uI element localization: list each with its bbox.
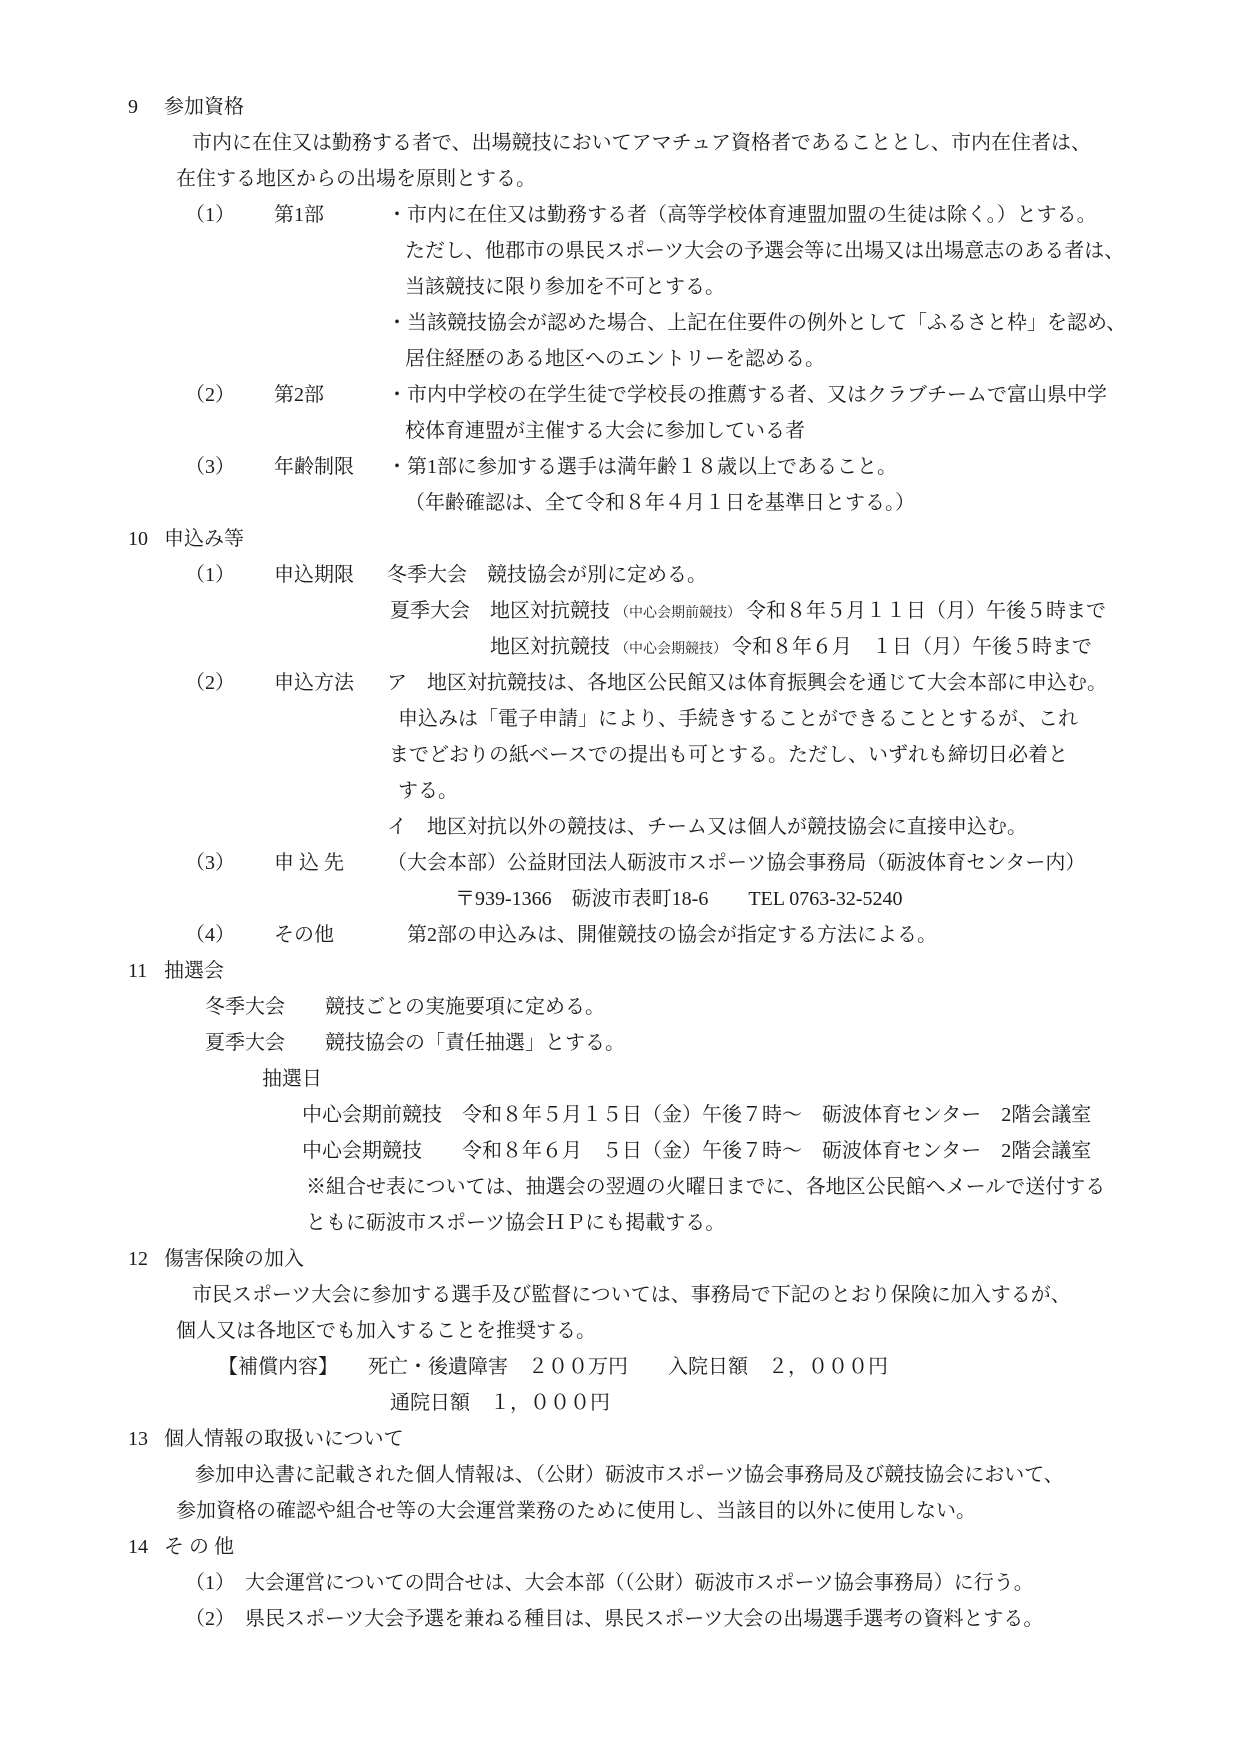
s10-item-3-address: 〒939-1366 砺波市表町18-6 TEL 0763-32-5240 (0, 881, 1241, 917)
s10-summer-post: 令和８年５月１１日（月）午後５時まで (746, 600, 1106, 622)
section-13-title: 個人情報の取扱いについて (164, 1428, 404, 1450)
s10-chuki-pre: 地区対抗競技 (490, 636, 610, 658)
s9-item-3: （3）年齢制限・第1部に参加する選手は満年齢１８歳以上であること。 (0, 449, 1241, 485)
s10-item-2-cont-2: までどおりの紙ベースでの提出も可とする。ただし、いずれも締切日必着と (0, 737, 1241, 773)
s14-item-1: （1）大会運営についての問合せは、大会本部（（公財）砺波市スポーツ協会事務局）に… (0, 1565, 1241, 1601)
s10-item-2-paren: （2） (185, 665, 274, 701)
s11-pre-event-line: 中心会期前競技 令和８年５月１５日（金）午後７時～ 砺波体育センター 2階会議室 (0, 1097, 1241, 1133)
section-13-heading: 13個人情報の取扱いについて (0, 1421, 1241, 1457)
s10-chuki-post: 令和８年６月 １日（月）午後５時まで (732, 636, 1092, 658)
s10-item-3-body: （大会本部）公益財団法人砺波市スポーツ協会事務局（砺波体育センター内） (387, 852, 1085, 874)
section-11-number: 11 (128, 953, 164, 989)
s10-item-2-body: ア 地区対抗競技は、各地区公民館又は体育振興会を通じて大会本部に申込む。 (387, 672, 1107, 694)
s12-coverage-line-1: 【補償内容】 死亡・後遺障害 ２００万円 入院日額 ２，０００円 (0, 1349, 1241, 1385)
s9-item-2-body: ・市内中学校の在学生徒で学校長の推薦する者、又はクラブチームで富山県中学 (387, 384, 1107, 406)
section-10-number: 10 (128, 521, 164, 557)
s9-item-1-bullet-2-cont: 居住経歴のある地区へのエントリーを認める。 (0, 341, 1241, 377)
s10-item-3-label: 申 込 先 (274, 845, 387, 881)
s9-item-3-label: 年齢制限 (274, 449, 387, 485)
s9-item-3-cont-1: （年齢確認は、全て令和８年４月１日を基準日とする。） (0, 485, 1241, 521)
s9-item-1-label: 第1部 (274, 197, 387, 233)
s13-paragraph-line-1: 参加申込書に記載された個人情報は、（公財）砺波市スポーツ協会事務局及び競技協会に… (0, 1457, 1241, 1493)
s14-item-1-body: 大会運営についての問合せは、大会本部（（公財）砺波市スポーツ協会事務局）に行う。 (245, 1572, 1034, 1594)
s9-item-1-cont-2: 当該競技に限り参加を不可とする。 (0, 269, 1241, 305)
document-content: 9参加資格 市内に在住又は勤務する者で、出場競技においてアマチュア資格者であるこ… (0, 89, 1241, 1637)
s14-item-2-paren: （2） (185, 1601, 245, 1637)
s10-summer-small-note: （中心会期前競技） (615, 606, 741, 621)
s10-item-1: （1）申込期限冬季大会 競技協会が別に定める。 (0, 557, 1241, 593)
s13-paragraph-line-2: 参加資格の確認や組合せ等の大会運営業務のために使用し、当該目的以外に使用しない。 (0, 1493, 1241, 1529)
s14-item-1-paren: （1） (185, 1565, 245, 1601)
s12-coverage-line-2: 通院日額 １，０００円 (0, 1385, 1241, 1421)
s9-item-2: （2）第2部・市内中学校の在学生徒で学校長の推薦する者、又はクラブチームで富山県… (0, 377, 1241, 413)
s10-item-1-body: 冬季大会 競技協会が別に定める。 (387, 564, 707, 586)
s11-note-line-2: ともに砺波市スポーツ協会ＨＰにも掲載する。 (0, 1205, 1241, 1241)
section-11-heading: 11抽選会 (0, 953, 1241, 989)
s9-item-2-label: 第2部 (274, 377, 387, 413)
s11-summer-line: 夏季大会 競技協会の「責任抽選」とする。 (0, 1025, 1241, 1061)
s11-note-line-1: ※組合せ表については、抽選会の翌週の火曜日までに、各地区公民館へメールで送付する (0, 1169, 1241, 1205)
s10-item-4-paren: （4） (185, 917, 274, 953)
s10-item-1-paren: （1） (185, 557, 274, 593)
s10-item-3-paren: （3） (185, 845, 274, 881)
s10-summer-pre: 夏季大会 地区対抗競技 (390, 600, 610, 622)
section-12-title: 傷害保険の加入 (164, 1248, 304, 1270)
s11-main-event-line: 中心会期競技 令和８年６月 ５日（金）午後７時～ 砺波体育センター 2階会議室 (0, 1133, 1241, 1169)
section-12-heading: 12傷害保険の加入 (0, 1241, 1241, 1277)
s9-item-3-paren: （3） (185, 449, 274, 485)
s12-intro-line-1: 市民スポーツ大会に参加する選手及び監督については、事務局で下記のとおり保険に加入… (0, 1277, 1241, 1313)
s10-item-2: （2）申込方法ア 地区対抗競技は、各地区公民館又は体育振興会を通じて大会本部に申… (0, 665, 1241, 701)
section-14-heading: 14そ の 他 (0, 1529, 1241, 1565)
s11-lottery-day-label: 抽選日 (0, 1061, 1241, 1097)
section-12-number: 12 (128, 1241, 164, 1277)
s11-winter-line: 冬季大会 競技ごとの実施要項に定める。 (0, 989, 1241, 1025)
section-9-title: 参加資格 (164, 96, 244, 118)
s9-item-2-cont-1: 校体育連盟が主催する大会に参加している者 (0, 413, 1241, 449)
s10-item-2-sub-i: イ 地区対抗以外の競技は、チーム又は個人が競技協会に直接申込む。 (0, 809, 1241, 845)
section-10-heading: 10申込み等 (0, 521, 1241, 557)
s10-item-4-body: 第2部の申込みは、開催競技の協会が指定する方法による。 (387, 924, 937, 946)
s14-item-2-body: 県民スポーツ大会予選を兼ねる種目は、県民スポーツ大会の出場選手選考の資料とする。 (245, 1608, 1043, 1630)
s9-item-1: （1）第1部・市内に在住又は勤務する者（高等学校体育連盟加盟の生徒は除く。）とす… (0, 197, 1241, 233)
s10-item-1-label: 申込期限 (274, 557, 387, 593)
s10-item-4: （4）その他 第2部の申込みは、開催競技の協会が指定する方法による。 (0, 917, 1241, 953)
section-14-number: 14 (128, 1529, 164, 1565)
s14-item-2: （2）県民スポーツ大会予選を兼ねる種目は、県民スポーツ大会の出場選手選考の資料と… (0, 1601, 1241, 1637)
s9-item-2-paren: （2） (185, 377, 274, 413)
section-14-title: そ の 他 (164, 1536, 234, 1558)
section-10-title: 申込み等 (164, 528, 244, 550)
s10-item-2-cont-3: する。 (0, 773, 1241, 809)
s10-item-4-label: その他 (274, 917, 387, 953)
s9-item-3-body: ・第1部に参加する選手は満年齢１８歳以上であること。 (387, 456, 897, 478)
s9-item-1-cont-1: ただし、他郡市の県民スポーツ大会の予選会等に出場又は出場意志のある者は、 (0, 233, 1241, 269)
s10-main-period-deadline-line: 地区対抗競技（中心会期競技）令和８年６月 １日（月）午後５時まで (0, 629, 1241, 665)
s10-chuki-small-note: （中心会期競技） (615, 642, 727, 657)
s10-item-2-label: 申込方法 (274, 665, 387, 701)
s10-summer-deadline-line: 夏季大会 地区対抗競技（中心会期前競技）令和８年５月１１日（月）午後５時まで (0, 593, 1241, 629)
s10-item-3: （3）申 込 先（大会本部）公益財団法人砺波市スポーツ協会事務局（砺波体育センタ… (0, 845, 1241, 881)
s9-item-1-paren: （1） (185, 197, 274, 233)
section-11-title: 抽選会 (164, 960, 224, 982)
s12-intro-line-2: 個人又は各地区でも加入することを推奨する。 (0, 1313, 1241, 1349)
section-9-number: 9 (128, 89, 164, 125)
s9-intro-line-1: 市内に在住又は勤務する者で、出場競技においてアマチュア資格者であることとし、市内… (0, 125, 1241, 161)
s9-intro-line-2: 在住する地区からの出場を原則とする。 (0, 161, 1241, 197)
document-page: 9参加資格 市内に在住又は勤務する者で、出場競技においてアマチュア資格者であるこ… (0, 0, 1241, 1755)
section-13-number: 13 (128, 1421, 164, 1457)
section-9-heading: 9参加資格 (0, 89, 1241, 125)
s9-item-1-bullet-2: ・当該競技協会が認めた場合、上記在住要件の例外として「ふるさと枠」を認め、 (0, 305, 1241, 341)
s10-item-2-cont-1: 申込みは「電子申請」により、手続きすることができることとするが、これ (0, 701, 1241, 737)
s9-item-1-body: ・市内に在住又は勤務する者（高等学校体育連盟加盟の生徒は除く。）とする。 (387, 204, 1097, 226)
